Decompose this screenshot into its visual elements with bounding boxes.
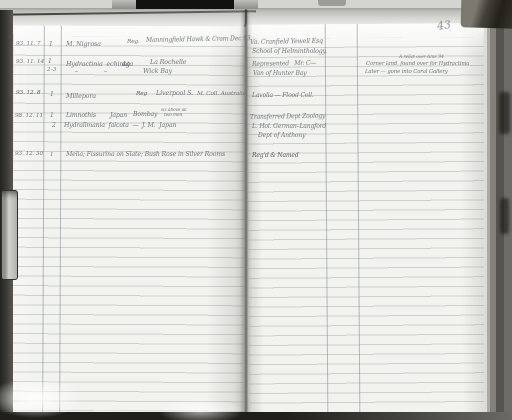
handwritten-fragment: 4g bbox=[122, 60, 130, 68]
handwritten-fragment: 1 bbox=[49, 41, 53, 48]
handwritten-fragment: Reg'd & Named bbox=[252, 152, 299, 159]
handwritten-fragment: 1 bbox=[50, 152, 53, 158]
handwritten-fragment: two men bbox=[164, 113, 182, 118]
handwritten-fragment: Represented Mr. C— bbox=[252, 60, 316, 68]
handwritten-fragment: 93. 11. 7 bbox=[16, 41, 40, 47]
handwritten-fragment: Lavolia — Flood Coll. bbox=[252, 92, 314, 99]
handwritten-fragment: Transferred Dept Zoology bbox=[250, 113, 325, 121]
handwritten-fragment: Millepora bbox=[66, 92, 96, 100]
handwritten-fragment: 93. 12. 8 bbox=[16, 90, 40, 96]
handwritten-fragment: Liverpool S. bbox=[156, 89, 193, 97]
handwritten-fragment: M. Nigrosa bbox=[66, 40, 101, 48]
handwritten-fragment: 98. 12. 11 bbox=[15, 113, 43, 119]
handwritten-fragment: Reg. bbox=[127, 39, 140, 45]
handwritten-fragment: Later — gone into Coral Gallery bbox=[365, 69, 448, 75]
handwritten-fragment: Van of Hunter Bay bbox=[253, 70, 306, 77]
handwritten-fragment: Corner land, found over for Hydractinia bbox=[366, 61, 469, 67]
handwritten-fragment: 93. 11. 14 bbox=[16, 59, 44, 65]
handwritten-fragment: L. Hol. German–Langford bbox=[252, 123, 326, 130]
handwritten-fragment: Melia; Fissurina on Slate; Bush Rose in … bbox=[66, 151, 225, 158]
handwritten-fragment: – bbox=[104, 68, 107, 75]
handwritten-fragment: M. Coll. Australia bbox=[197, 91, 246, 97]
handwritten-fragment: – bbox=[75, 68, 78, 75]
handwritten-fragment: 1 bbox=[48, 58, 52, 65]
handwritten-fragment: La Rochelle bbox=[150, 58, 186, 66]
handwritten-fragment: Va. Cranfield Yewell Esq bbox=[250, 38, 323, 46]
handwritten-fragment: Limnothis bbox=[66, 112, 96, 119]
handwritten-fragment: Hydrallmania falcata — J. M. Japan bbox=[64, 122, 176, 129]
handwritten-fragment: 1 bbox=[50, 91, 54, 98]
handwritten-fragment: Bombay bbox=[133, 111, 157, 118]
handwritten-fragment: 93. 12. 30 bbox=[15, 151, 43, 157]
handwritten-fragment: Reg bbox=[136, 91, 147, 97]
handwritten-fragment: Japan bbox=[110, 112, 127, 119]
handwritten-fragment: 1 bbox=[50, 112, 54, 119]
handwritten-fragment: Dept of Anthony bbox=[258, 132, 305, 139]
handwritten-fragment: Manningfield Hawk & Cram Dec 93 bbox=[146, 35, 251, 44]
handwritten-fragment: A relict over time 94 bbox=[399, 55, 444, 60]
ledger-photo: 43 93. 11. 71M. NigrosaReg.Manningfield … bbox=[0, 0, 512, 420]
handwritten-fragment: Wick Bay bbox=[143, 67, 172, 75]
handwritten-fragment: School of Helminthology. bbox=[252, 48, 327, 55]
handwritten-fragment: 2–3 bbox=[47, 67, 56, 73]
handwriting-layer: 93. 11. 71M. NigrosaReg.Manningfield Haw… bbox=[0, 0, 512, 420]
handwritten-fragment: 2 bbox=[52, 122, 56, 129]
